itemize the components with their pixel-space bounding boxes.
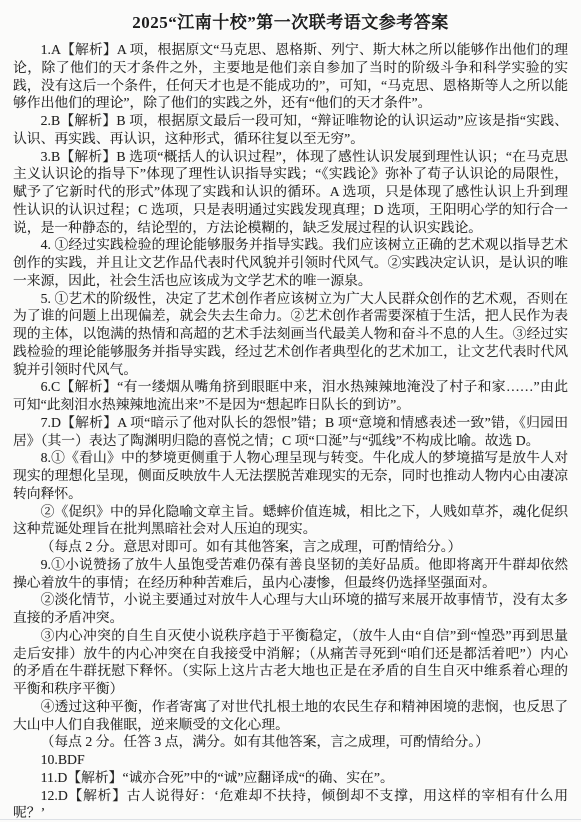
answer-paragraph-2b: 2.B【解析】B 项，根据原文最后一段可知，“辩证唯物论的认识运动”应该是指“实…	[13, 112, 568, 148]
answer-paragraph-3b: 3.B【解析】B 选项“概括人的认识过程”，体现了感性认识发展到理性认识；“在马…	[13, 148, 568, 237]
scoring-note-q8: （每点 2 分。意思对即可。如有其他答案，言之成理，可酌情给分。）	[13, 538, 568, 556]
page-title: 2025“江南十校”第一次联考语文参考答案	[13, 8, 568, 33]
answer-paragraph-11d: 11.D【解析】“诚亦合死”中的“诚”应翻译成“的确、实在”。	[13, 769, 568, 787]
answer-paragraph-9-point3: ③内心冲突的自生自灭使小说秩序趋于平衡稳定，（放牛人由“自信”到“惶恐”再到思量…	[13, 627, 568, 698]
answer-paragraph-7d: 7.D【解析】A 项“暗示了他对队长的怨恨”错；B 项“意境和情感表述一致”错，…	[13, 414, 568, 450]
answer-paragraph-8-point1: 8.①《看山》中的梦境更侧重于人物心理呈现与转变。牛化成人的梦境描写是放牛人对现…	[13, 449, 568, 502]
answer-paragraph-10: 10.BDF	[13, 751, 568, 769]
answer-paragraph-1a: 1.A【解析】A 项，根据原文“马克思、恩格斯、列宁、斯大林之所以能够作出他们的…	[13, 41, 568, 112]
answer-paragraph-8-point2: ②《促织》中的异化隐喻文章主旨。蟋蟀价值连城，相比之下，人贱如草芥，魂化促织这种…	[13, 503, 568, 539]
answer-key-page: 2025“江南十校”第一次联考语文参考答案 1.A【解析】A 项，根据原文“马克…	[0, 0, 581, 822]
page-edge-line	[0, 819, 581, 820]
answer-paragraph-9-point1: 9.①小说赞扬了放牛人虽饱受苦难仍葆有善良坚韧的美好品质。他即将离开牛群却依然操…	[13, 556, 568, 592]
answer-paragraph-5: 5. ①艺术的阶级性，决定了艺术创作者应该树立为广大人民群众创作的艺术观，否则在…	[13, 290, 568, 379]
answer-paragraph-12d: 12.D【解析】古人说得好：‘危难却不扶持，倾倒却不支撑，用这样的宰相有什么用呢…	[13, 787, 568, 822]
answer-paragraph-9-point4: ④透过这种平衡，作者寄寓了对世代扎根土地的农民生存和精神困境的悲悯，也反思了大山…	[13, 698, 568, 734]
answer-paragraph-4: 4. ①经过实践检验的理论能够服务并指导实践。我们应该树立正确的艺术观以指导艺术…	[13, 236, 568, 289]
answer-paragraph-6c: 6.C【解析】“有一缕烟从嘴角挤到眼眶中来，泪水热辣辣地淹没了村子和家……”由此…	[13, 378, 568, 414]
answer-paragraph-9-point2: ②淡化情节，小说主要通过对放牛人心理与大山环境的描写来展开故事情节，没有太多直接…	[13, 591, 568, 627]
scoring-note-q9: （每点 2 分。任答 3 点，满分。如有其他答案，言之成理，可酌情给分。）	[13, 733, 568, 751]
